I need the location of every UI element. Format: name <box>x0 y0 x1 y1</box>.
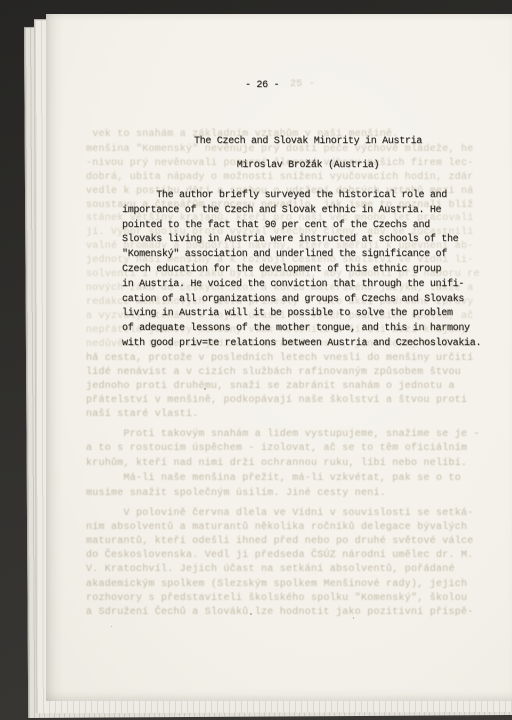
document-page: 25 - vek to snahám a základním vztahům v… <box>46 14 512 701</box>
typewritten-content: - 26 - The Czech and Slovak Minority in … <box>46 14 512 701</box>
paper-speck <box>204 388 206 390</box>
paper-speck <box>250 613 252 615</box>
article-title: The Czech and Slovak Minority in Austria <box>122 135 494 150</box>
paper-speck <box>111 626 112 627</box>
article-author: Miroslav Brožák (Austria) <box>122 159 494 174</box>
scanned-book-photo: 25 - vek to snahám a základním vztahům v… <box>0 0 512 720</box>
page-number: - 26 - <box>245 79 279 94</box>
abstract-paragraph: The author briefly surveyed the historic… <box>122 189 512 352</box>
paper-speck <box>353 617 354 619</box>
